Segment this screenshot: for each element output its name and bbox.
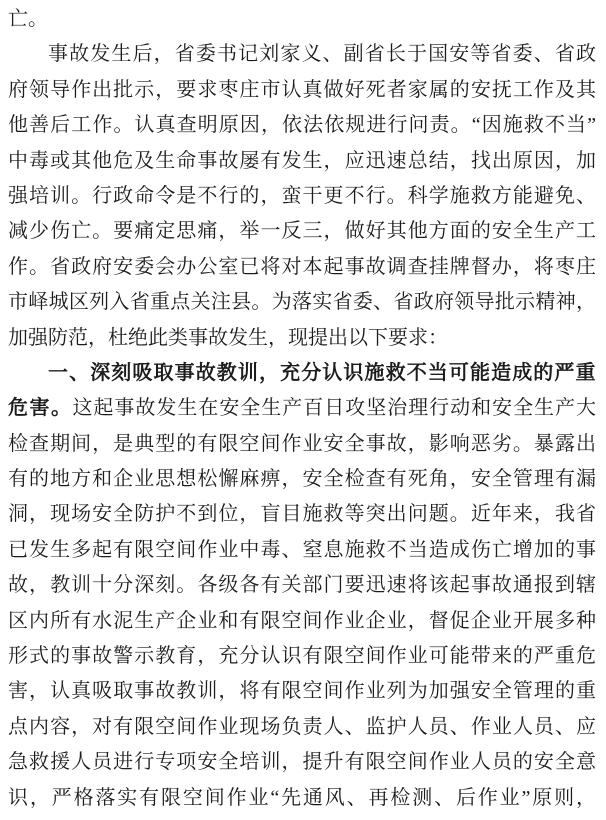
document-body: 亡。事故发生后，省委书记刘家义、副省长于国安等省委、省政府领导作出批示，要求枣庄… — [8, 2, 596, 816]
text-line: 亡。 — [8, 2, 596, 37]
text-line: 作。省政府安委会办公室已将对本起事故调查挂牌督办，将枣庄 — [8, 250, 596, 285]
text-line: 市峄城区列入省重点关注县。为落实省委、省政府领导批示精神， — [8, 285, 596, 320]
text-line: 中毒或其他危及生命事故屡有发生，应迅速总结，找出原因，加 — [8, 144, 596, 179]
text-line: 危害。这起事故发生在安全生产百日攻坚治理行动和安全生产大 — [8, 391, 596, 426]
text-line: 已发生多起有限空间作业中毒、窒息施救不当造成伤亡增加的事 — [8, 533, 596, 568]
bold-text-segment: 危害。 — [8, 397, 72, 419]
text-segment: 检查期间，是典型的有限空间作业安全事故，影响恶劣。暴露出 — [8, 433, 596, 455]
text-line: 故，教训十分深刻。各级各有关部门要迅速将该起事故通报到辖 — [8, 568, 596, 603]
text-segment: 区内所有水泥生产企业和有限空间作业企业，督促企业开展多种 — [8, 610, 596, 632]
text-segment: 他善后工作。认真查明原因，依法依规进行问责。“因施救不当” — [8, 114, 596, 136]
text-line: 加强防范，杜绝此类事故发生，现提出以下要求： — [8, 321, 596, 356]
text-segment: 中毒或其他危及生命事故屡有发生，应迅速总结，找出原因，加 — [8, 150, 596, 172]
text-segment: 加强防范，杜绝此类事故发生，现提出以下要求： — [8, 327, 448, 349]
text-segment: 市峄城区列入省重点关注县。为落实省委、省政府领导批示精神， — [8, 291, 596, 313]
text-line: 区内所有水泥生产企业和有限空间作业企业，督促企业开展多种 — [8, 604, 596, 639]
text-segment: 亡。 — [8, 8, 48, 30]
text-segment: 府领导作出批示，要求枣庄市认真做好死者家属的安抚工作及其 — [8, 79, 596, 101]
text-segment: 事故发生后，省委书记刘家义、副省长于国安等省委、省政 — [48, 43, 596, 65]
text-line: 洞，现场安全防护不到位，盲目施救等突出问题。近年来，我省 — [8, 497, 596, 532]
text-segment: 有的地方和企业思想松懈麻痹，安全检查有死角，安全管理有漏 — [8, 468, 596, 490]
text-line: 府领导作出批示，要求枣庄市认真做好死者家属的安抚工作及其 — [8, 73, 596, 108]
text-segment: 这起事故发生在安全生产百日攻坚治理行动和安全生产大 — [72, 397, 596, 419]
text-line: 点内容，对有限空间作业现场负责人、监护人员、作业人员、应 — [8, 710, 596, 745]
text-line: 有的地方和企业思想松懈麻痹，安全检查有死角，安全管理有漏 — [8, 462, 596, 497]
text-segment: 识，严格落实有限空间作业“先通风、再检测、后作业”原则， — [8, 787, 596, 809]
bold-text-segment: 一、深刻吸取事故教训，充分认识施救不当可能造成的严重 — [48, 362, 596, 384]
text-line: 事故发生后，省委书记刘家义、副省长于国安等省委、省政 — [8, 37, 596, 72]
text-line: 一、深刻吸取事故教训，充分认识施救不当可能造成的严重 — [8, 356, 596, 391]
text-line: 检查期间，是典型的有限空间作业安全事故，影响恶劣。暴露出 — [8, 427, 596, 462]
text-line: 减少伤亡。要痛定思痛，举一反三，做好其他方面的安全生产工 — [8, 214, 596, 249]
text-line: 急救援人员进行专项安全培训，提升有限空间作业人员的安全意 — [8, 745, 596, 780]
text-segment: 形式的事故警示教育，充分认识有限空间作业可能带来的严重危 — [8, 645, 596, 667]
text-segment: 害，认真吸取事故教训，将有限空间作业列为加强安全管理的重 — [8, 680, 596, 702]
text-segment: 洞，现场安全防护不到位，盲目施救等突出问题。近年来，我省 — [8, 503, 596, 525]
text-segment: 急救援人员进行专项安全培训，提升有限空间作业人员的安全意 — [8, 751, 596, 773]
document-page: 亡。事故发生后，省委书记刘家义、副省长于国安等省委、省政府领导作出批示，要求枣庄… — [0, 0, 606, 820]
text-segment: 强培训。行政命令是不行的，蛮干更不行。科学施救方能避免、 — [8, 185, 596, 207]
text-line: 害，认真吸取事故教训，将有限空间作业列为加强安全管理的重 — [8, 674, 596, 709]
text-line: 强培训。行政命令是不行的，蛮干更不行。科学施救方能避免、 — [8, 179, 596, 214]
text-segment: 点内容，对有限空间作业现场负责人、监护人员、作业人员、应 — [8, 716, 596, 738]
text-segment: 故，教训十分深刻。各级各有关部门要迅速将该起事故通报到辖 — [8, 574, 596, 596]
text-segment: 作。省政府安委会办公室已将对本起事故调查挂牌督办，将枣庄 — [8, 256, 596, 278]
text-segment: 减少伤亡。要痛定思痛，举一反三，做好其他方面的安全生产工 — [8, 220, 596, 242]
text-line: 形式的事故警示教育，充分认识有限空间作业可能带来的严重危 — [8, 639, 596, 674]
text-line: 识，严格落实有限空间作业“先通风、再检测、后作业”原则， — [8, 781, 596, 816]
text-segment: 已发生多起有限空间作业中毒、窒息施救不当造成伤亡增加的事 — [8, 539, 596, 561]
text-line: 他善后工作。认真查明原因，依法依规进行问责。“因施救不当” — [8, 108, 596, 143]
